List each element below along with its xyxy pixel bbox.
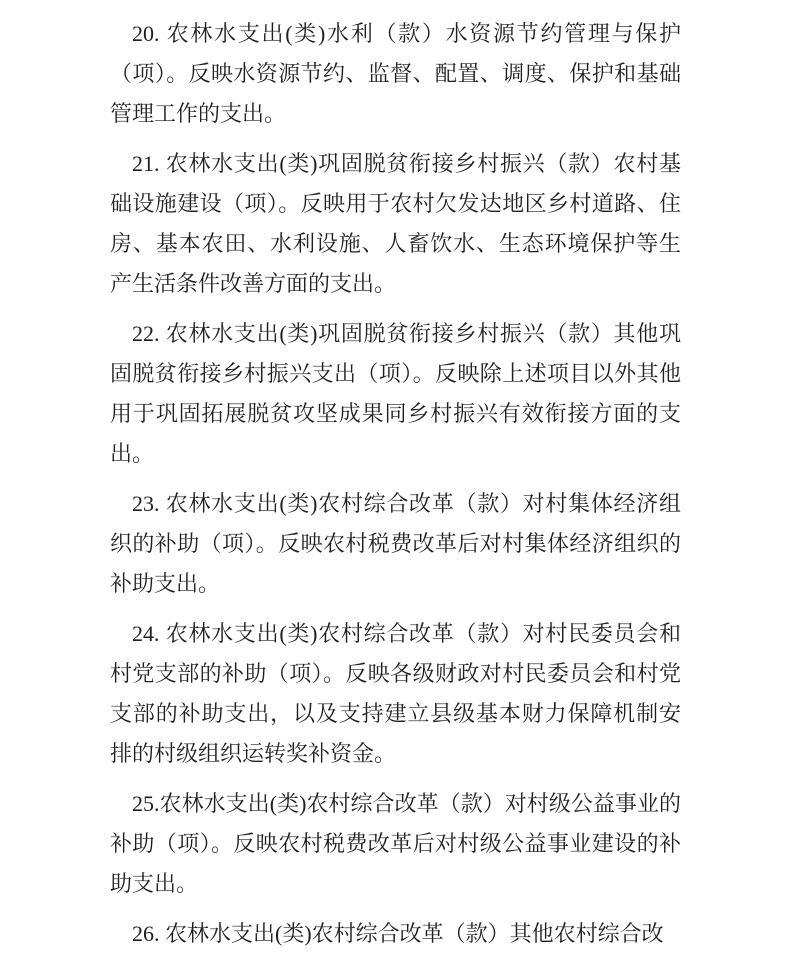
paragraph-25: 25.农林水支出(类)农村综合改革（款）对村级公益事业的补助（项）。反映农村税费… [110,784,681,904]
paragraph-23: 23. 农林水支出(类)农村综合改革（款）对村集体经济组织的补助（项）。反映农村… [110,484,681,604]
paragraph-24: 24. 农林水支出(类)农村综合改革（款）对村民委员会和村党支部的补助（项）。反… [110,614,681,774]
paragraph-22: 22. 农林水支出(类)巩固脱贫衔接乡村振兴（款）其他巩固脱贫衔接乡村振兴支出（… [110,314,681,474]
document-text-block: 20. 农林水支出(类)水利（款）水资源节约管理与保护（项）。反映水资源节约、监… [110,14,681,954]
paragraph-20: 20. 农林水支出(类)水利（款）水资源节约管理与保护（项）。反映水资源节约、监… [110,14,681,134]
paragraph-26-truncated: 26. 农林水支出(类)农村综合改革（款）其他农村综合改 [110,914,681,954]
paragraph-21: 21. 农林水支出(类)巩固脱贫衔接乡村振兴（款）农村基础设施建设（项）。反映用… [110,144,681,304]
document-page: 20. 农林水支出(类)水利（款）水资源节约管理与保护（项）。反映水资源节约、监… [0,0,792,958]
